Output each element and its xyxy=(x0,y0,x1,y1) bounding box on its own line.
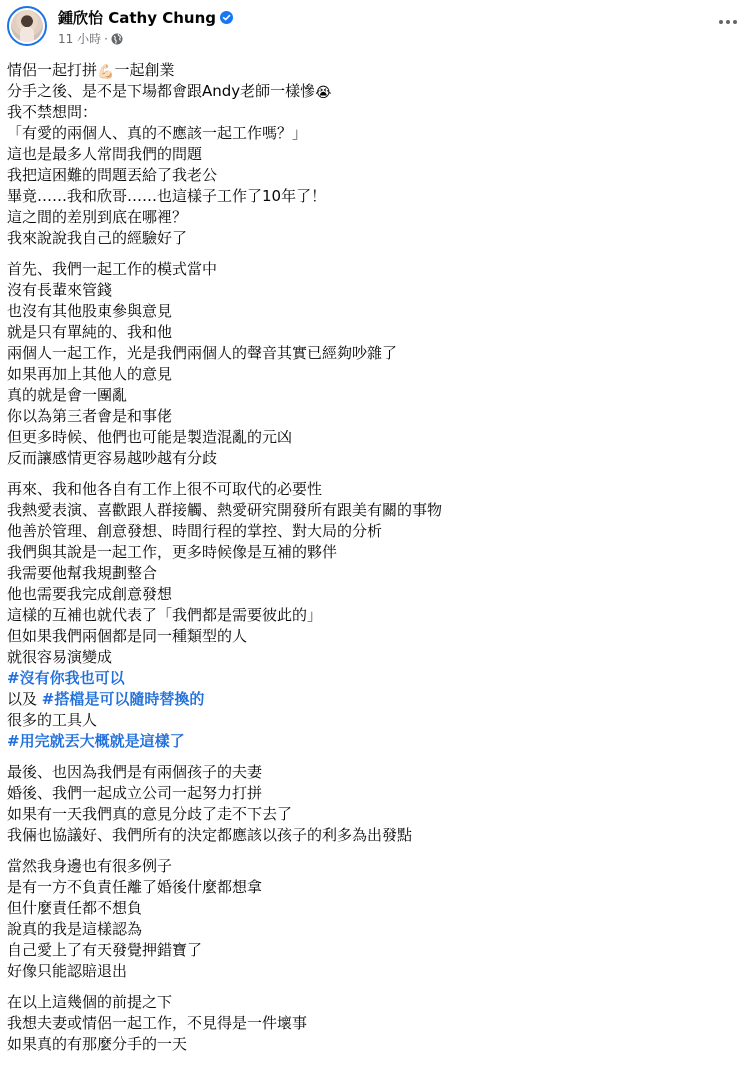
more-options-icon-dot xyxy=(733,20,737,24)
verified-badge-icon xyxy=(220,11,233,24)
post-text: 沒有長輩來管錢 xyxy=(7,281,112,299)
post-line: 當然我身邊也有很多例子 xyxy=(7,856,747,877)
post-line: 說真的我是這樣認為 xyxy=(7,919,747,940)
post-text: 畢竟……我和欣哥……也這樣子工作了10年了！ xyxy=(7,187,326,205)
post-line: 我需要他幫我規劃整合 xyxy=(7,563,747,584)
post-text: 最後、也因為我們是有兩個孩子的夫妻 xyxy=(7,763,262,781)
post-line: 這也是最多人常問我們的問題 xyxy=(7,144,747,165)
post-line: 是有一方不負責任離了婚後什麼都想拿 xyxy=(7,877,747,898)
post-text: 在以上這幾個的前提之下 xyxy=(7,993,172,1011)
post-line: 以及 #搭檔是可以隨時替換的 xyxy=(7,689,747,710)
post-line: 他也需要我完成創意發想 xyxy=(7,584,747,605)
post-line: 但什麼責任都不想負 xyxy=(7,898,747,919)
post-text: 他也需要我完成創意發想 xyxy=(7,585,172,603)
post-text: 是有一方不負責任離了婚後什麼都想拿 xyxy=(7,878,262,896)
post-line: 但更多時候、他們也可能是製造混亂的元凶 xyxy=(7,427,747,448)
post-line: 我熱愛表演、喜歡跟人群接觸、熱愛研究開發所有跟美有關的事物 xyxy=(7,500,747,521)
post-text: 情侶一起打拼 xyxy=(7,61,97,79)
post-line: 如果真的有那麼分手的一天 xyxy=(7,1034,747,1055)
post-text: 如果再加上其他人的意見 xyxy=(7,365,172,383)
post-line: 畢竟……我和欣哥……也這樣子工作了10年了！ xyxy=(7,186,747,207)
post-text: 就很容易演變成 xyxy=(7,648,112,666)
post-text: 我熱愛表演、喜歡跟人群接觸、熱愛研究開發所有跟美有關的事物 xyxy=(7,501,442,519)
post-line: 在以上這幾個的前提之下 xyxy=(7,992,747,1013)
post-line: 沒有長輩來管錢 xyxy=(7,280,747,301)
post-header: 鍾欣怡 Cathy Chung 11 小時 · xyxy=(0,0,756,55)
post-line: 這之間的差別到底在哪裡？ xyxy=(7,207,747,228)
post-paragraph: 在以上這幾個的前提之下我想夫妻或情侶一起工作，不見得是一件壞事如果真的有那麼分手… xyxy=(7,992,747,1055)
author-name-link[interactable]: 鍾欣怡 Cathy Chung xyxy=(58,7,233,28)
post-text: 我倆也協議好、我們所有的決定都應該以孩子的利多為出發點 xyxy=(7,826,412,844)
post-text: 這之間的差別到底在哪裡？ xyxy=(7,208,187,226)
post-line: 我來說說我自己的經驗好了 xyxy=(7,228,747,249)
post-paragraph: 再來、我和他各自有工作上很不可取代的必要性我熱愛表演、喜歡跟人群接觸、熱愛研究開… xyxy=(7,479,747,752)
post-text: 分手之後、是不是下場都會跟Andy老師一樣慘 xyxy=(7,82,315,100)
post-line: 如果再加上其他人的意見 xyxy=(7,364,747,385)
hashtag-link[interactable]: #沒有你我也可以 xyxy=(7,669,125,687)
post-line: 就是只有單純的、我和他 xyxy=(7,322,747,343)
post-line: #沒有你我也可以 xyxy=(7,668,747,689)
post-line: 婚後、我們一起成立公司一起努力打拼 xyxy=(7,783,747,804)
flexed-biceps-emoji: 💪🏻 xyxy=(97,65,114,79)
post-text: 這也是最多人常問我們的問題 xyxy=(7,145,202,163)
post-line: 首先、我們一起工作的模式當中 xyxy=(7,259,747,280)
more-options-button[interactable] xyxy=(714,12,742,32)
post-text: 真的就是會一團亂 xyxy=(7,386,127,404)
post-text: 但什麼責任都不想負 xyxy=(7,899,142,917)
meta-separator: · xyxy=(104,32,108,46)
post-text: 很多的工具人 xyxy=(7,711,97,729)
post-text: 「有愛的兩個人、真的不應該一起工作嗎？」 xyxy=(7,124,307,142)
post-text: 我來說說我自己的經驗好了 xyxy=(7,229,187,247)
loudly-crying-face-emoji: 😭 xyxy=(315,86,331,100)
post-text: 就是只有單純的、我和他 xyxy=(7,323,172,341)
avatar-image xyxy=(11,10,43,42)
post-text: 反而讓感情更容易越吵越有分歧 xyxy=(7,449,217,467)
post-text: 我們與其說是一起工作，更多時候像是互補的夥伴 xyxy=(7,543,337,561)
post-line: 我倆也協議好、我們所有的決定都應該以孩子的利多為出發點 xyxy=(7,825,747,846)
post-text: 我想夫妻或情侶一起工作，不見得是一件壞事 xyxy=(7,1014,307,1032)
post-text: 我把這困難的問題丟給了我老公 xyxy=(7,166,217,184)
hashtag-link[interactable]: #用完就丟大概就是這樣了 xyxy=(7,732,185,750)
post-text: 也沒有其他股東參與意見 xyxy=(7,302,172,320)
post-line: 很多的工具人 xyxy=(7,710,747,731)
post-line: 分手之後、是不是下場都會跟Andy老師一樣慘😭 xyxy=(7,81,747,102)
post-timestamp[interactable]: 11 小時 xyxy=(58,30,101,47)
post-line: 這樣的互補也就代表了「我們都是需要彼此的」 xyxy=(7,605,747,626)
post-body: 情侶一起打拼💪🏻一起創業分手之後、是不是下場都會跟Andy老師一樣慘😭我不禁想問… xyxy=(7,60,747,1065)
post-line: 你以為第三者會是和事佬 xyxy=(7,406,747,427)
post-line: 我想夫妻或情侶一起工作，不見得是一件壞事 xyxy=(7,1013,747,1034)
post-text: 但如果我們兩個都是同一種類型的人 xyxy=(7,627,247,645)
post-text: 這樣的互補也就代表了「我們都是需要彼此的」 xyxy=(7,606,322,624)
avatar[interactable] xyxy=(7,6,47,46)
post-line: 他善於管理、創意發想、時間行程的掌控、對大局的分析 xyxy=(7,521,747,542)
post-line: 自己愛上了有天發覺押錯寶了 xyxy=(7,940,747,961)
post-paragraph: 最後、也因為我們是有兩個孩子的夫妻婚後、我們一起成立公司一起努力打拼如果有一天我… xyxy=(7,762,747,846)
post-line: 我們與其說是一起工作，更多時候像是互補的夥伴 xyxy=(7,542,747,563)
post-line: 好像只能認賠退出 xyxy=(7,961,747,982)
post-line: 真的就是會一團亂 xyxy=(7,385,747,406)
post-text: 說真的我是這樣認為 xyxy=(7,920,142,938)
post-text: 再來、我和他各自有工作上很不可取代的必要性 xyxy=(7,480,322,498)
post-text: 兩個人一起工作，光是我們兩個人的聲音其實已經夠吵雜了 xyxy=(7,344,397,362)
post-paragraph: 情侶一起打拼💪🏻一起創業分手之後、是不是下場都會跟Andy老師一樣慘😭我不禁想問… xyxy=(7,60,747,249)
post-line: 反而讓感情更容易越吵越有分歧 xyxy=(7,448,747,469)
more-options-icon xyxy=(719,20,723,24)
post-text: 一起創業 xyxy=(114,61,174,79)
post-text: 當然我身邊也有很多例子 xyxy=(7,857,172,875)
post-text: 婚後、我們一起成立公司一起努力打拼 xyxy=(7,784,262,802)
post-line: 我不禁想問： xyxy=(7,102,747,123)
post-paragraph: 當然我身邊也有很多例子是有一方不負責任離了婚後什麼都想拿但什麼責任都不想負說真的… xyxy=(7,856,747,982)
post-text: 你以為第三者會是和事佬 xyxy=(7,407,172,425)
post-text: 他善於管理、創意發想、時間行程的掌控、對大局的分析 xyxy=(7,522,382,540)
post-line: 如果有一天我們真的意見分歧了走不下去了 xyxy=(7,804,747,825)
author-name: 鍾欣怡 Cathy Chung xyxy=(58,7,216,28)
post-text: 我不禁想問： xyxy=(7,103,97,121)
post-text: 但更多時候、他們也可能是製造混亂的元凶 xyxy=(7,428,292,446)
post-line: 就很容易演變成 xyxy=(7,647,747,668)
post-line: 情侶一起打拼💪🏻一起創業 xyxy=(7,60,747,81)
post-text: 以及 xyxy=(7,690,42,708)
post-line: 兩個人一起工作，光是我們兩個人的聲音其實已經夠吵雜了 xyxy=(7,343,747,364)
post-line: 最後、也因為我們是有兩個孩子的夫妻 xyxy=(7,762,747,783)
more-options-icon-dot xyxy=(726,20,730,24)
post-text: 好像只能認賠退出 xyxy=(7,962,127,980)
post-text: 我需要他幫我規劃整合 xyxy=(7,564,157,582)
post-text: 自己愛上了有天發覺押錯寶了 xyxy=(7,941,202,959)
post-line: 我把這困難的問題丟給了我老公 xyxy=(7,165,747,186)
post-line: 「有愛的兩個人、真的不應該一起工作嗎？」 xyxy=(7,123,747,144)
post-text: 如果真的有那麼分手的一天 xyxy=(7,1035,187,1053)
post-meta: 11 小時 · xyxy=(58,30,123,47)
post-line: #用完就丟大概就是這樣了 xyxy=(7,731,747,752)
post-line: 再來、我和他各自有工作上很不可取代的必要性 xyxy=(7,479,747,500)
post-line: 也沒有其他股東參與意見 xyxy=(7,301,747,322)
post-line: 但如果我們兩個都是同一種類型的人 xyxy=(7,626,747,647)
post-paragraph: 首先、我們一起工作的模式當中沒有長輩來管錢也沒有其他股東參與意見就是只有單純的、… xyxy=(7,259,747,469)
hashtag-link[interactable]: #搭檔是可以隨時替換的 xyxy=(42,690,205,708)
post-text: 如果有一天我們真的意見分歧了走不下去了 xyxy=(7,805,292,823)
globe-icon[interactable] xyxy=(111,33,123,45)
post-text: 首先、我們一起工作的模式當中 xyxy=(7,260,217,278)
